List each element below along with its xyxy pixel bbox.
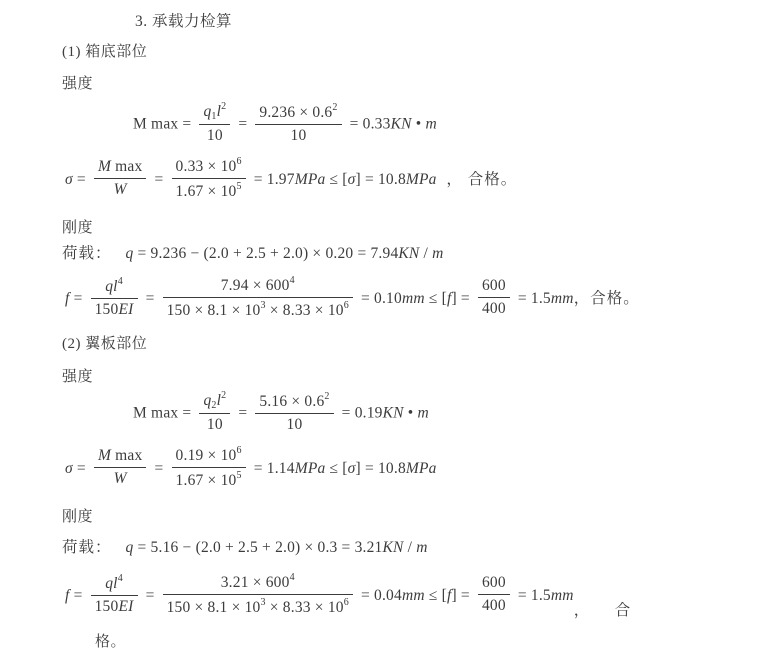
fraction: ql4150EI (91, 573, 138, 616)
strength-label-1: 强度 (62, 72, 93, 93)
fraction: 0.19 × 1061.67 × 105 (172, 445, 246, 490)
formula-deflection-box-bottom: f = ql4150EI = 7.94 × 6004150 × 8.1 × 10… (65, 277, 640, 322)
fraction: 5.16 × 0.6210 (255, 391, 333, 434)
fraction: 7.94 × 6004150 × 8.1 × 103 × 8.33 × 106 (163, 275, 353, 320)
load-label-1: 荷载： (62, 245, 112, 262)
formula-stress-wing-plate: σ = M maxW = 0.19 × 1061.67 × 105 = 1.14… (65, 447, 437, 492)
stiffness-label-2: 刚度 (62, 505, 93, 526)
overflow-text: 格。 (95, 630, 126, 651)
fraction: 9.236 × 0.6210 (255, 102, 341, 145)
fraction: ql4150EI (91, 276, 138, 319)
formula-load-wing-plate: q = 5.16 − (2.0 + 2.5 + 2.0) × 0.3 = 3.2… (126, 539, 428, 556)
subsection-heading-wing-plate: (2) 翼板部位 (62, 332, 147, 353)
load-line-wing-plate: 荷载：q = 5.16 − (2.0 + 2.5 + 2.0) × 0.3 = … (62, 535, 428, 557)
fraction: M maxW (94, 447, 147, 488)
subsection-heading-box-bottom: (1) 箱底部位 (62, 40, 147, 61)
fraction: 600400 (478, 277, 510, 318)
fraction: 0.33 × 1061.67 × 105 (172, 156, 246, 201)
fraction: 600400 (478, 574, 510, 615)
strength-label-2: 强度 (62, 365, 93, 386)
load-line-box-bottom: 荷载：q = 9.236 − (2.0 + 2.5 + 2.0) × 0.20 … (62, 241, 444, 263)
fraction: M maxW (94, 158, 147, 199)
formula-moment-wing-plate: M max = q2l210 = 5.16 × 0.6210 = 0.19KN … (133, 392, 429, 436)
load-label-2: 荷载： (62, 539, 112, 556)
document-page: 3. 承载力检算 (1) 箱底部位 强度 M max = q1l210 = 9.… (0, 0, 760, 665)
formula-load-box-bottom: q = 9.236 − (2.0 + 2.5 + 2.0) × 0.20 = 7… (126, 245, 444, 262)
formula-deflection-wing-plate: f = ql4150EI = 3.21 × 6004150 × 8.1 × 10… (65, 574, 632, 619)
stiffness-label-1: 刚度 (62, 216, 93, 237)
fraction: q2l210 (199, 390, 230, 434)
formula-moment-box-bottom: M max = q1l210 = 9.236 × 0.6210 = 0.33KN… (133, 103, 437, 147)
fraction: 3.21 × 6004150 × 8.1 × 103 × 8.33 × 106 (163, 572, 353, 617)
section-title: 3. 承载力检算 (135, 9, 232, 31)
fraction: q1l210 (199, 101, 230, 145)
formula-stress-box-bottom: σ = M maxW = 0.33 × 1061.67 × 105 = 1.97… (65, 158, 517, 203)
